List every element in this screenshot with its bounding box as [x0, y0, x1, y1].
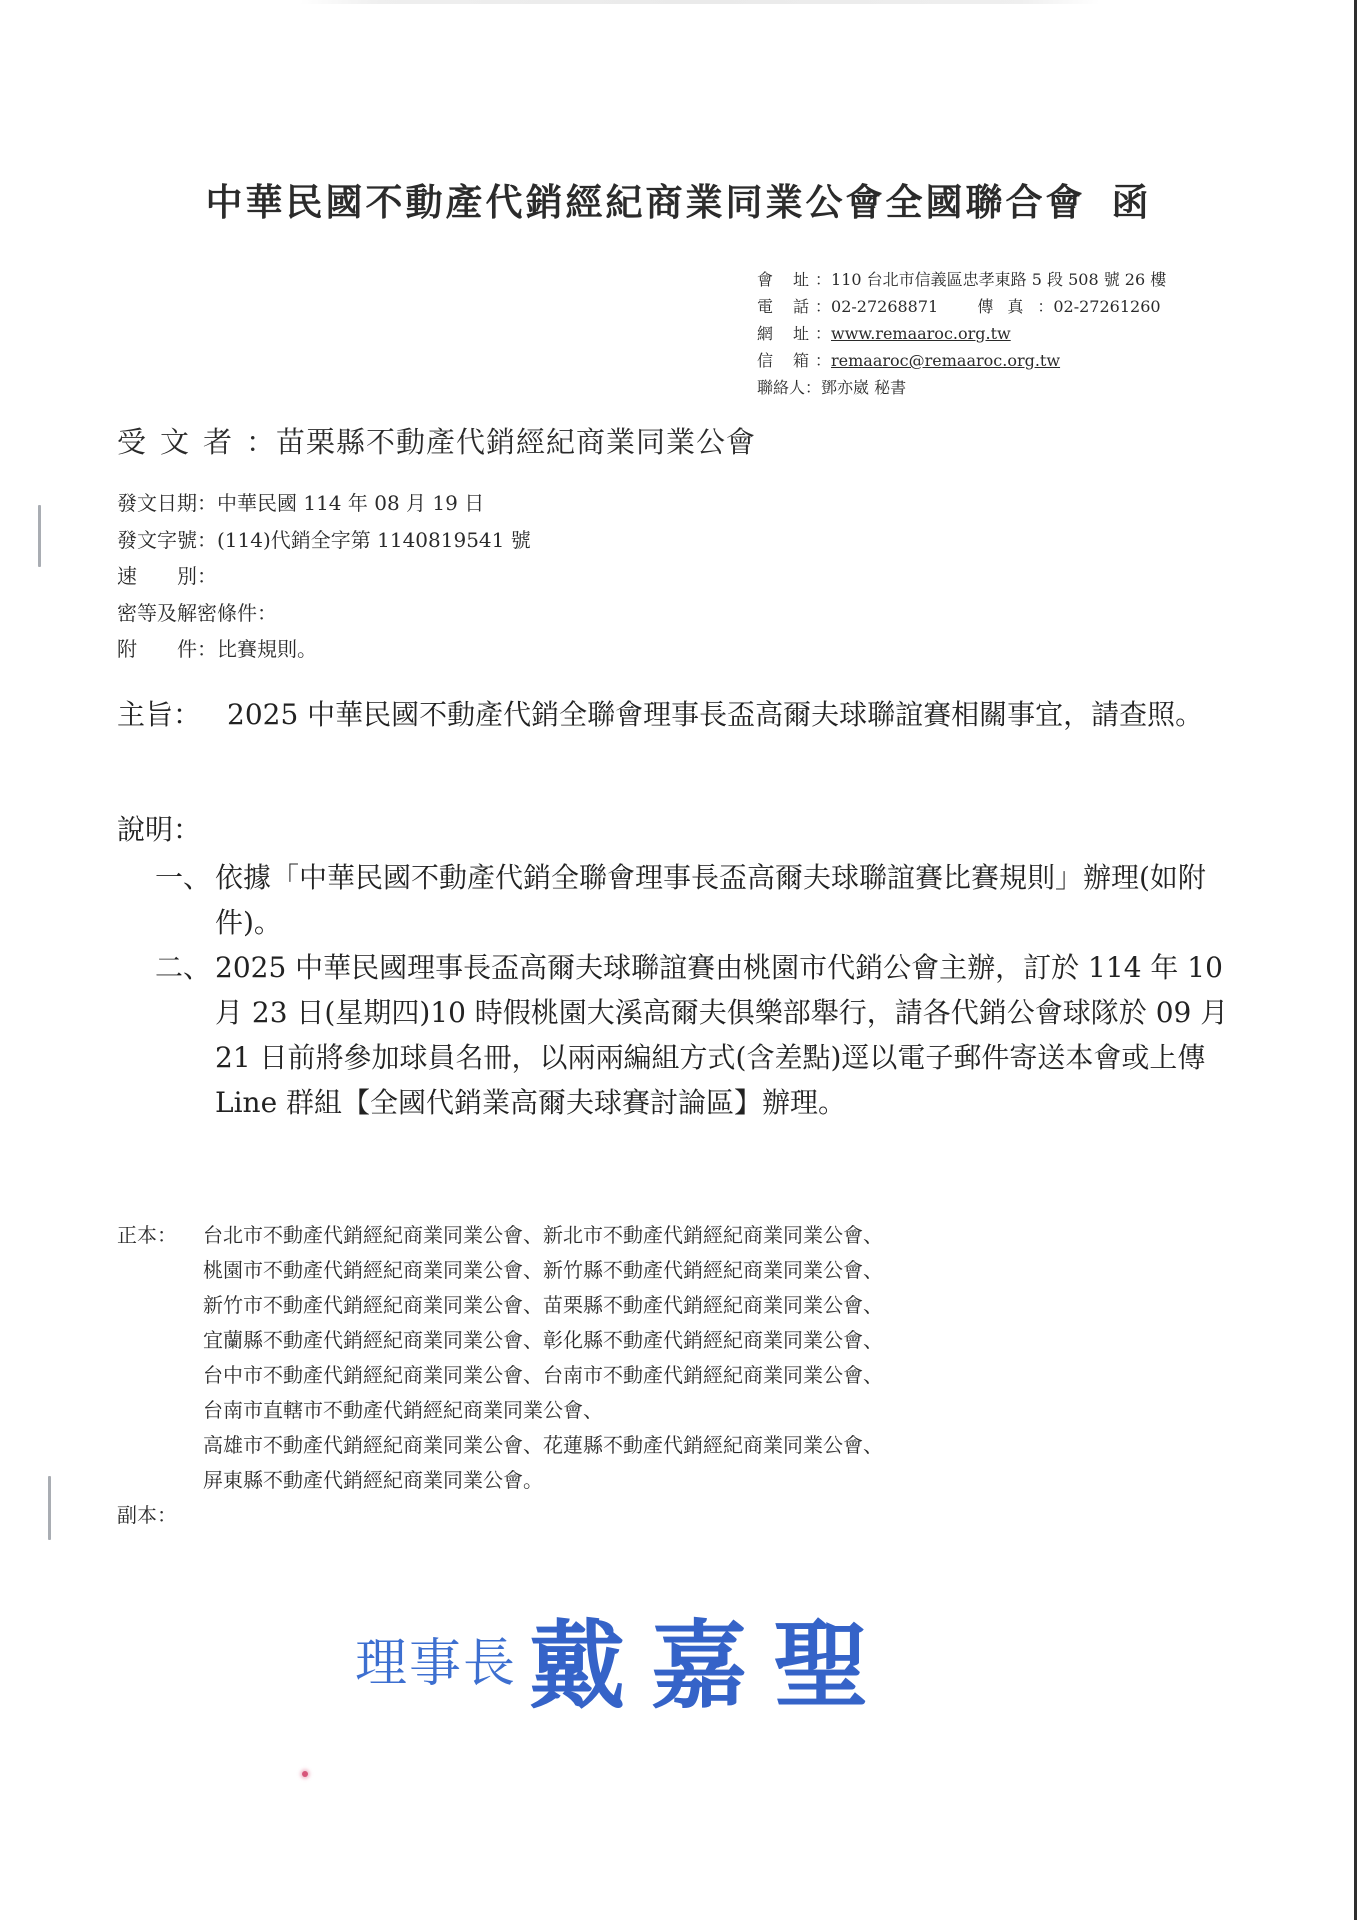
meta-label: 發文日期 — [117, 485, 197, 522]
contact-person-row: 聯絡人：鄧亦崴 秘書 — [757, 374, 1166, 401]
email-label: 信箱 — [757, 347, 815, 374]
email-row: 信箱：remaaroc@remaaroc.org.tw — [757, 347, 1166, 374]
meta-label: 速 別 — [117, 558, 197, 595]
recipient-line: 桃園市不動產代銷經紀商業同業公會、新竹縣不動產代銷經紀商業同業公會、 — [203, 1253, 883, 1288]
website-link[interactable]: www.remaaroc.org.tw — [831, 324, 1011, 343]
original-recipients: 台北市不動產代銷經紀商業同業公會、新北市不動產代銷經紀商業同業公會、 桃園市不動… — [203, 1218, 883, 1533]
signature-stamp: 理事長戴嘉聖 — [355, 1590, 895, 1727]
explanation-label: 說明： — [117, 808, 201, 848]
ink-speck — [302, 1771, 308, 1777]
item-text: 2025 中華民國理事長盃高爾夫球聯誼賽由桃園市代銷公會主辦，訂於 114 年 … — [215, 951, 1228, 1119]
document-type: 函 — [1112, 181, 1152, 224]
meta-value: (114)代銷全字第 1140819541 號 — [217, 528, 531, 552]
phone-label: 電話 — [757, 293, 815, 320]
contact-person-label: 聯絡人 — [757, 378, 805, 397]
subject-label: 主旨： — [117, 690, 201, 740]
document-title: 中華民國不動產代銷經紀商業同業公會全國聯合會函 — [0, 172, 1357, 226]
meta-row-number: 發文字號：(114)代銷全字第 1140819541 號 — [117, 522, 531, 559]
recipient-line: 宜蘭縣不動產代銷經紀商業同業公會、彰化縣不動產代銷經紀商業同業公會、 — [203, 1323, 883, 1358]
meta-value: 比賽規則。 — [217, 637, 317, 661]
scan-smudge — [300, 0, 1100, 4]
copy-label: 副本： — [117, 1503, 177, 1527]
original-label: 正本： — [117, 1218, 177, 1253]
document-meta: 發文日期：中華民國 114 年 08 月 19 日 發文字號：(114)代銷全字… — [117, 485, 531, 668]
fax-label: 傳真 — [977, 297, 1037, 316]
recipient-line: 屏東縣不動產代銷經紀商業同業公會。 — [203, 1463, 883, 1498]
signatory-title: 理事長 — [355, 1634, 517, 1694]
recipient-label: 受文者 — [117, 425, 246, 459]
recipient-line: 新竹市不動產代銷經紀商業同業公會、苗栗縣不動產代銷經紀商業同業公會、 — [203, 1288, 883, 1323]
contact-person-value: 鄧亦崴 秘書 — [821, 378, 906, 397]
meta-label: 發文字號 — [117, 522, 197, 559]
recipient-value: 苗栗縣不動產代銷經紀商業同業公會 — [276, 425, 756, 459]
contact-block: 會址：110 台北市信義區忠孝東路 5 段 508 號 26 樓 電話：02-2… — [757, 266, 1166, 401]
meta-row-classification: 密等及解密條件： — [117, 595, 531, 632]
explanation-list: 一、 依據「中華民國不動產代銷全聯會理事長盃高爾夫球聯誼賽比賽規則」辦理(如附件… — [155, 855, 1255, 1125]
recipient-line: 受文者：苗栗縣不動產代銷經紀商業同業公會 — [117, 420, 756, 461]
meta-row-speed: 速 別： — [117, 558, 531, 595]
explanation-item: 一、 依據「中華民國不動產代銷全聯會理事長盃高爾夫球聯誼賽比賽規則」辦理(如附件… — [155, 855, 1255, 945]
website-label: 網址 — [757, 320, 815, 347]
item-number: 一、 — [155, 855, 211, 900]
recipient-line: 台中市不動產代銷經紀商業同業公會、台南市不動產代銷經紀商業同業公會、 — [203, 1358, 883, 1393]
explanation-item: 二、 2025 中華民國理事長盃高爾夫球聯誼賽由桃園市代銷公會主辦，訂於 114… — [155, 945, 1255, 1125]
phone-value: 02-27268871 — [831, 297, 938, 316]
distribution-section: 正本： 台北市不動產代銷經紀商業同業公會、新北市不動產代銷經紀商業同業公會、 桃… — [117, 1218, 883, 1533]
subject-section: 主旨： 2025 中華民國不動產代銷全聯會理事長盃高爾夫球聯誼賽相關事宜，請查照… — [117, 690, 1247, 740]
recipient-line: 台南市直轄市不動產代銷經紀商業同業公會、 — [203, 1393, 883, 1428]
scan-mark — [38, 505, 41, 567]
fax-value: 02-27261260 — [1053, 297, 1160, 316]
meta-label: 密等及解密條件 — [117, 595, 257, 632]
signatory-name: 戴嘉聖 — [529, 1609, 895, 1722]
address-row: 會址：110 台北市信義區忠孝東路 5 段 508 號 26 樓 — [757, 266, 1166, 293]
meta-value: 中華民國 114 年 08 月 19 日 — [217, 491, 484, 515]
address-label: 會址 — [757, 266, 815, 293]
item-text: 依據「中華民國不動產代銷全聯會理事長盃高爾夫球聯誼賽比賽規則」辦理(如附件)。 — [215, 861, 1206, 939]
copy-row: 副本： — [117, 1498, 883, 1533]
subject-text: 2025 中華民國不動產代銷全聯會理事長盃高爾夫球聯誼賽相關事宜，請查照。 — [227, 690, 1247, 740]
scan-mark — [48, 1476, 51, 1540]
meta-label: 附 件 — [117, 631, 197, 668]
phone-row: 電話：02-27268871 傳真：02-27261260 — [757, 293, 1166, 320]
address-value: 110 台北市信義區忠孝東路 5 段 508 號 26 樓 — [831, 270, 1166, 289]
meta-row-date: 發文日期：中華民國 114 年 08 月 19 日 — [117, 485, 531, 522]
email-link[interactable]: remaaroc@remaaroc.org.tw — [831, 351, 1060, 370]
meta-row-attachment: 附 件：比賽規則。 — [117, 631, 531, 668]
website-row: 網址：www.remaaroc.org.tw — [757, 320, 1166, 347]
issuer-name: 中華民國不動產代銷經紀商業同業公會全國聯合會 — [206, 181, 1086, 224]
item-number: 二、 — [155, 945, 211, 990]
recipient-line: 台北市不動產代銷經紀商業同業公會、新北市不動產代銷經紀商業同業公會、 — [203, 1218, 883, 1253]
recipient-line: 高雄市不動產代銷經紀商業同業公會、花蓮縣不動產代銷經紀商業同業公會、 — [203, 1428, 883, 1463]
